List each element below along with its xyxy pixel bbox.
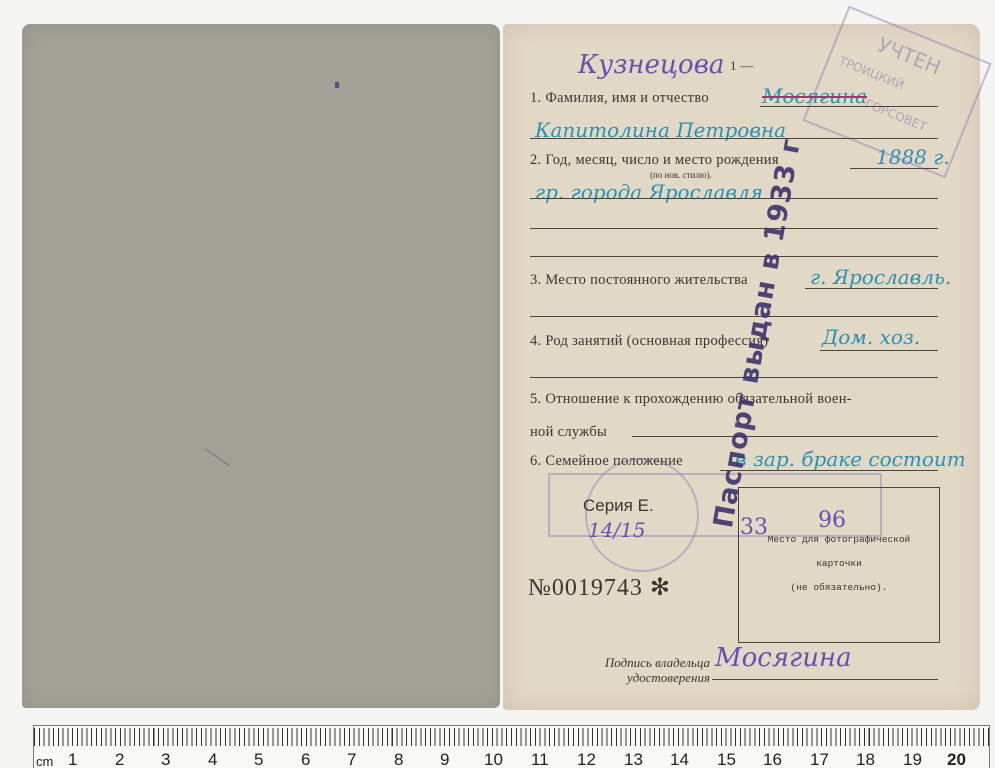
field-marital-label: 6. Семейное положение [530,453,683,470]
field-birth-place: гр. города Ярославля [535,180,763,204]
ruler-label: 6 [301,750,310,768]
field-line [820,350,938,351]
field-line [530,228,938,229]
field-name-struck: Мосягина [762,84,867,108]
field-military-label: 5. Отношение к прохождению обязательной … [530,391,852,408]
stamp-text: ГОРСОВЕТ [863,97,928,134]
signature-label-cont: удостоверения [560,670,710,686]
field-line [530,256,938,257]
photo-box-text: карточки [739,558,939,569]
left-cover-page [22,24,500,708]
ruler-label: 12 [577,750,596,768]
ruler-label: 13 [624,750,643,768]
serial-number: №0019743 ✻ [528,573,671,602]
measuring-ruler: cm 1 2 3 4 5 6 7 8 9 10 11 12 13 14 15 1… [33,725,990,768]
surname-annotation: Кузнецова [578,50,724,80]
ruler-label: 11 [531,750,549,768]
ruler-label: 15 [717,750,736,768]
pencil-mark [204,448,230,467]
handwritten-number-right: 96 [818,508,846,533]
ruler-label: 8 [394,750,403,768]
field-marital-value: в зар. браке состоит [735,447,966,471]
ruler-label: 17 [810,750,829,768]
field-birth-label: 2. Год, месяц, число и место рождения [530,152,779,169]
field-line [760,106,938,107]
field-occupation-label: 4. Род занятий (основная профессия) [530,333,768,350]
signature-label: Подпись владельца [560,655,710,671]
field-military-label-cont: ной службы [530,424,607,441]
handwritten-number-left: 33 [740,515,768,540]
ruler-label: 18 [856,750,875,768]
page-number: 1 — [730,58,754,74]
ruler-label: 19 [903,750,922,768]
signature-line [712,679,938,680]
ruler-label: 16 [763,750,782,768]
field-line [632,436,938,437]
owner-signature: Мосягина [715,643,852,673]
photo-box-text: (не обязательно). [739,582,939,593]
series-label: Серия Е. [583,496,654,516]
ruler-label: 1 [68,750,77,768]
field-birth-sublabel: (по нов. стилю). [650,170,712,180]
ruler-unit: cm [36,754,53,768]
field-birth-year: 1888 г. [876,145,950,169]
ruler-label: 9 [440,750,449,768]
series-handwritten-note: 14/15 [588,518,646,542]
ruler-label: 5 [254,750,263,768]
ruler-label: 20 [947,750,966,768]
field-line [720,470,938,471]
field-residence-label: 3. Место постоянного жительства [530,272,748,289]
ruler-ticks [34,728,989,746]
field-line [850,168,938,169]
field-line [530,138,938,139]
photo-box-text: Место для фотографической [739,534,939,545]
field-residence-value: г. Ярославль. [810,265,951,289]
field-line [530,198,938,199]
ruler-label: 10 [484,750,503,768]
field-name-label: 1. Фамилия, имя и отчество [530,90,709,107]
field-line [805,288,938,289]
ruler-label: 7 [347,750,356,768]
ruler-label: 4 [208,750,217,768]
field-line [530,316,938,317]
ink-mark [335,82,339,88]
ruler-label: 2 [115,750,124,768]
field-occupation-value: Дом. хоз. [822,325,920,349]
ruler-label: 14 [670,750,689,768]
ruler-label: 3 [161,750,170,768]
